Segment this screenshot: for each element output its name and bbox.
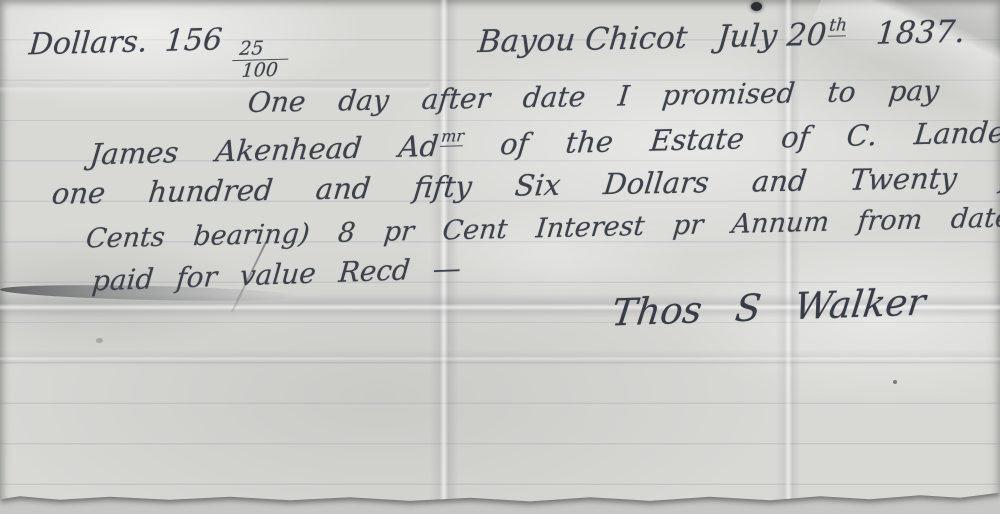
place-name: Bayou Chicot — [476, 20, 688, 60]
body-line-4: Cents bearing) 8 pr Cent Interest pr Ann… — [85, 200, 1000, 254]
paper-surface: Dollars. 15625100 Bayou ChicotJuly 20th1… — [0, 0, 1000, 510]
amount-value: 156 — [164, 22, 224, 59]
body-line-1: One day after date I promised to pay — [246, 74, 941, 119]
date-year: 1837. — [875, 14, 967, 52]
signature: Thos S Walker — [609, 280, 927, 334]
horizontal-fold-crease-lower — [0, 350, 1000, 366]
admr-superscript: mr — [440, 126, 465, 147]
paper-stain — [96, 338, 103, 343]
ink-blot — [751, 2, 762, 11]
fraction-denominator: 100 — [241, 60, 279, 81]
payee-name: James Akenhead Ad — [88, 129, 440, 172]
date-text: July 20 — [716, 17, 828, 55]
body-line-5: paid for value Recd — — [91, 251, 463, 297]
amount-fraction: 25100 — [231, 39, 290, 82]
date-ordinal-superscript: th — [828, 15, 848, 36]
fraction-numerator: 25 — [233, 39, 291, 62]
paper-sheet: Dollars. 15625100 Bayou ChicotJuly 20th1… — [0, 0, 1000, 514]
amount-label: Dollars. — [28, 24, 149, 62]
dateline: Bayou ChicotJuly 20th1837. — [476, 13, 966, 60]
estate-text: of the Estate of C. Landes — [499, 115, 1000, 162]
ink-speck — [893, 380, 897, 384]
scanned-document: Dollars. 15625100 Bayou ChicotJuly 20th1… — [0, 0, 1000, 514]
amount-line: Dollars. 15625100 — [26, 21, 292, 87]
